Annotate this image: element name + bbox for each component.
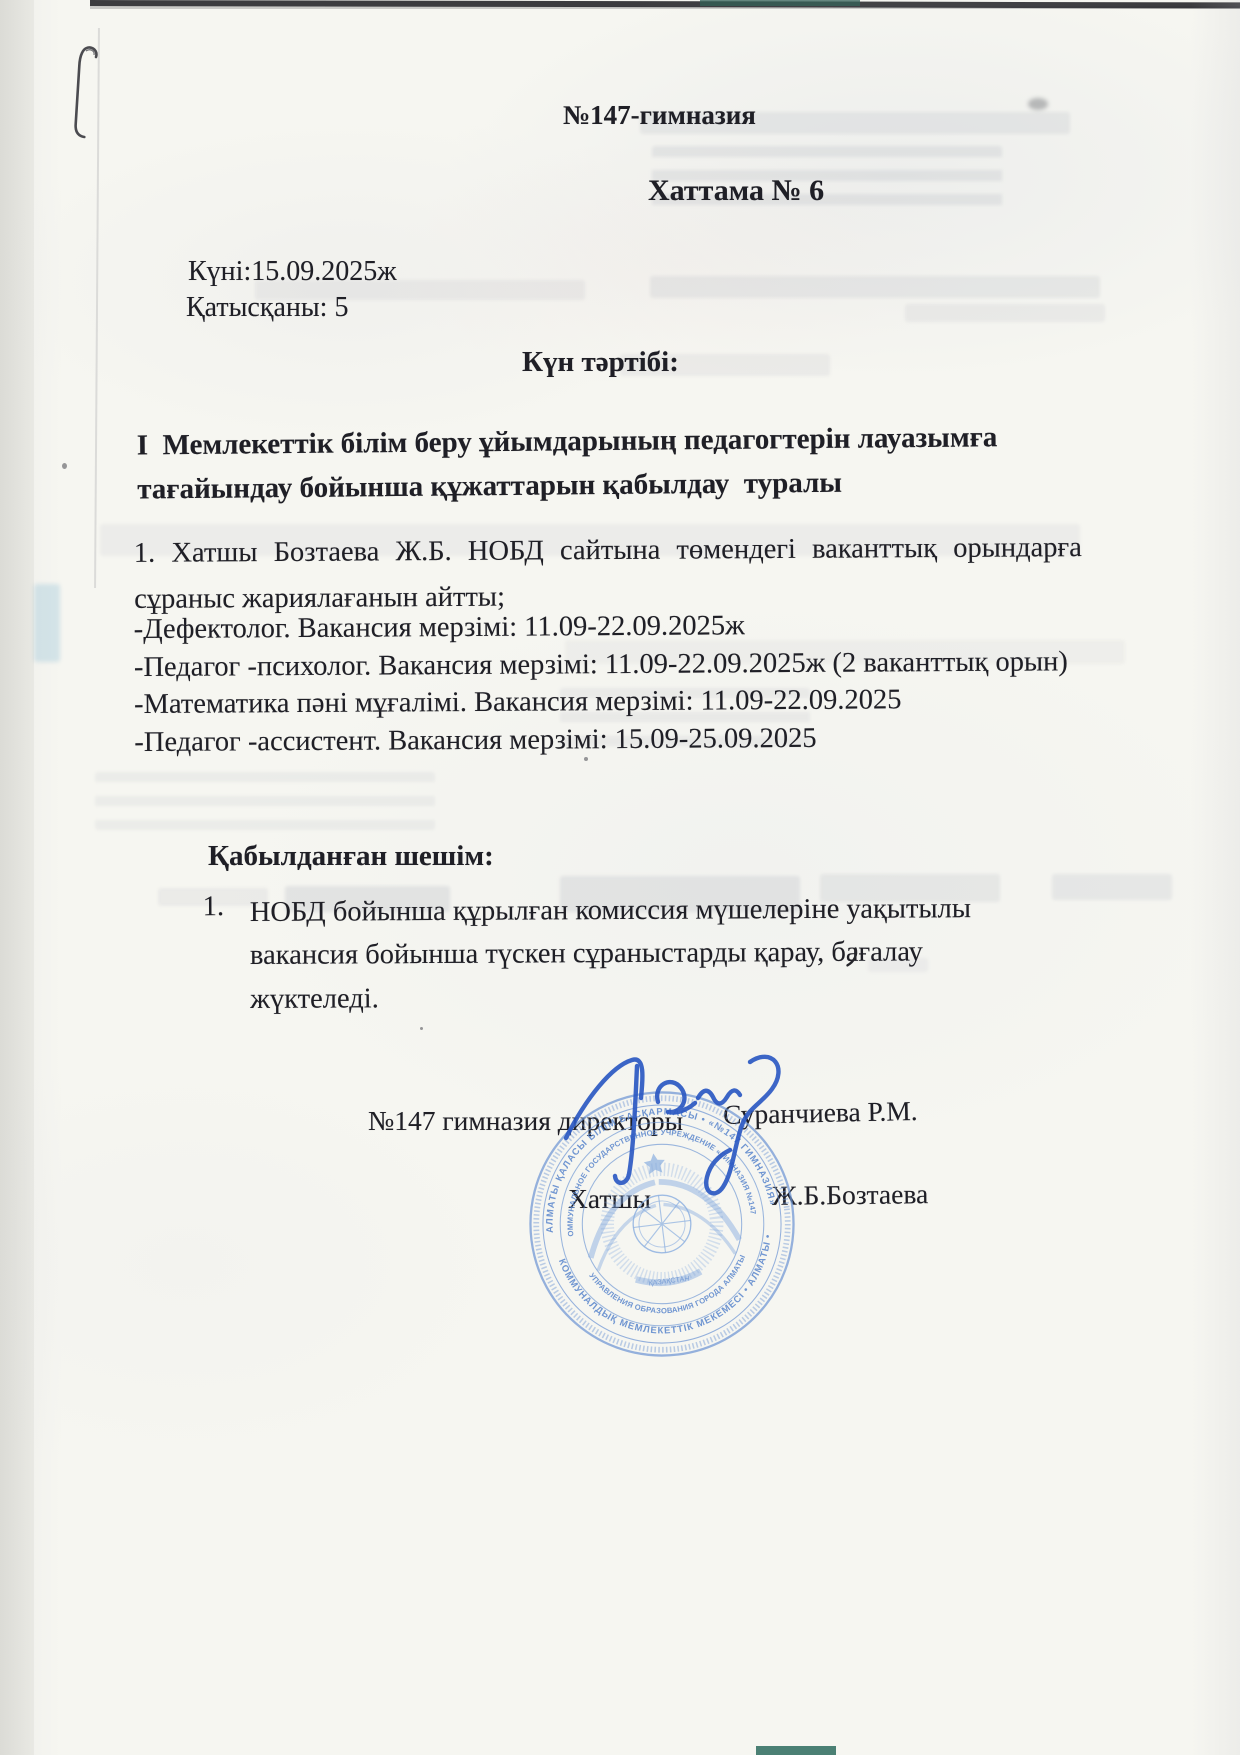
bottom-scan-mark bbox=[756, 1746, 836, 1755]
org-title: №147-гимназия bbox=[563, 100, 756, 131]
paper-tone-overlay bbox=[0, 0, 1240, 1755]
scan-speck bbox=[584, 757, 588, 761]
signature-scribble bbox=[546, 1026, 846, 1216]
vacancy-line: -Педагог -ассистент. Вакансия мерзімі: 1… bbox=[134, 717, 1124, 761]
vacancy-list: -Дефектолог. Вакансия мерзімі: 11.09-22.… bbox=[134, 605, 1125, 761]
attendees-line: Қатысқаны: 5 bbox=[186, 292, 348, 324]
bleedthrough-artifact bbox=[95, 772, 435, 830]
bleedthrough-artifact bbox=[1052, 874, 1172, 900]
agenda-item: I Мемлекеттік білім беру ұйымдарының пед… bbox=[137, 415, 1083, 511]
scan-speck bbox=[62, 463, 67, 469]
decision-item-number: 1. bbox=[203, 891, 225, 923]
decision-heading: Қабылданған шешім: bbox=[208, 840, 494, 873]
protocol-title: Хаттама № 6 bbox=[648, 174, 824, 208]
bleedthrough-artifact bbox=[34, 584, 60, 662]
vacancy-line: -Педагог -психолог. Вакансия мерзімі: 11… bbox=[134, 642, 1124, 686]
decision-item-text: НОБД бойынша құрылған комиссия мүшелерін… bbox=[250, 887, 1044, 1021]
paperclip-mark bbox=[58, 42, 110, 144]
bleedthrough-artifact bbox=[650, 276, 1100, 298]
bleedthrough-artifact bbox=[905, 304, 1105, 322]
decision-item: 1. НОБД бойынша құрылған комиссия мүшеле… bbox=[203, 887, 1044, 1021]
scan-speck bbox=[420, 1027, 423, 1030]
date-line: Күні:15.09.2025ж bbox=[188, 256, 397, 288]
scanned-document: №147-гимназия Хаттама № 6 Күні:15.09.202… bbox=[0, 0, 1240, 1755]
vacancy-line: -Математика пәні мұғалімі. Вакансия мерз… bbox=[134, 680, 1124, 724]
scan-top-edge-teal bbox=[700, 0, 860, 6]
bleedthrough-artifact bbox=[1028, 98, 1048, 110]
scanner-bed-strip bbox=[0, 0, 34, 1755]
scan-top-edge-fade bbox=[90, 6, 1240, 9]
vacancy-line: -Дефектолог. Вакансия мерзімі: 11.09-22.… bbox=[134, 605, 1124, 649]
agenda-heading: Күн тәртібі: bbox=[522, 346, 679, 379]
